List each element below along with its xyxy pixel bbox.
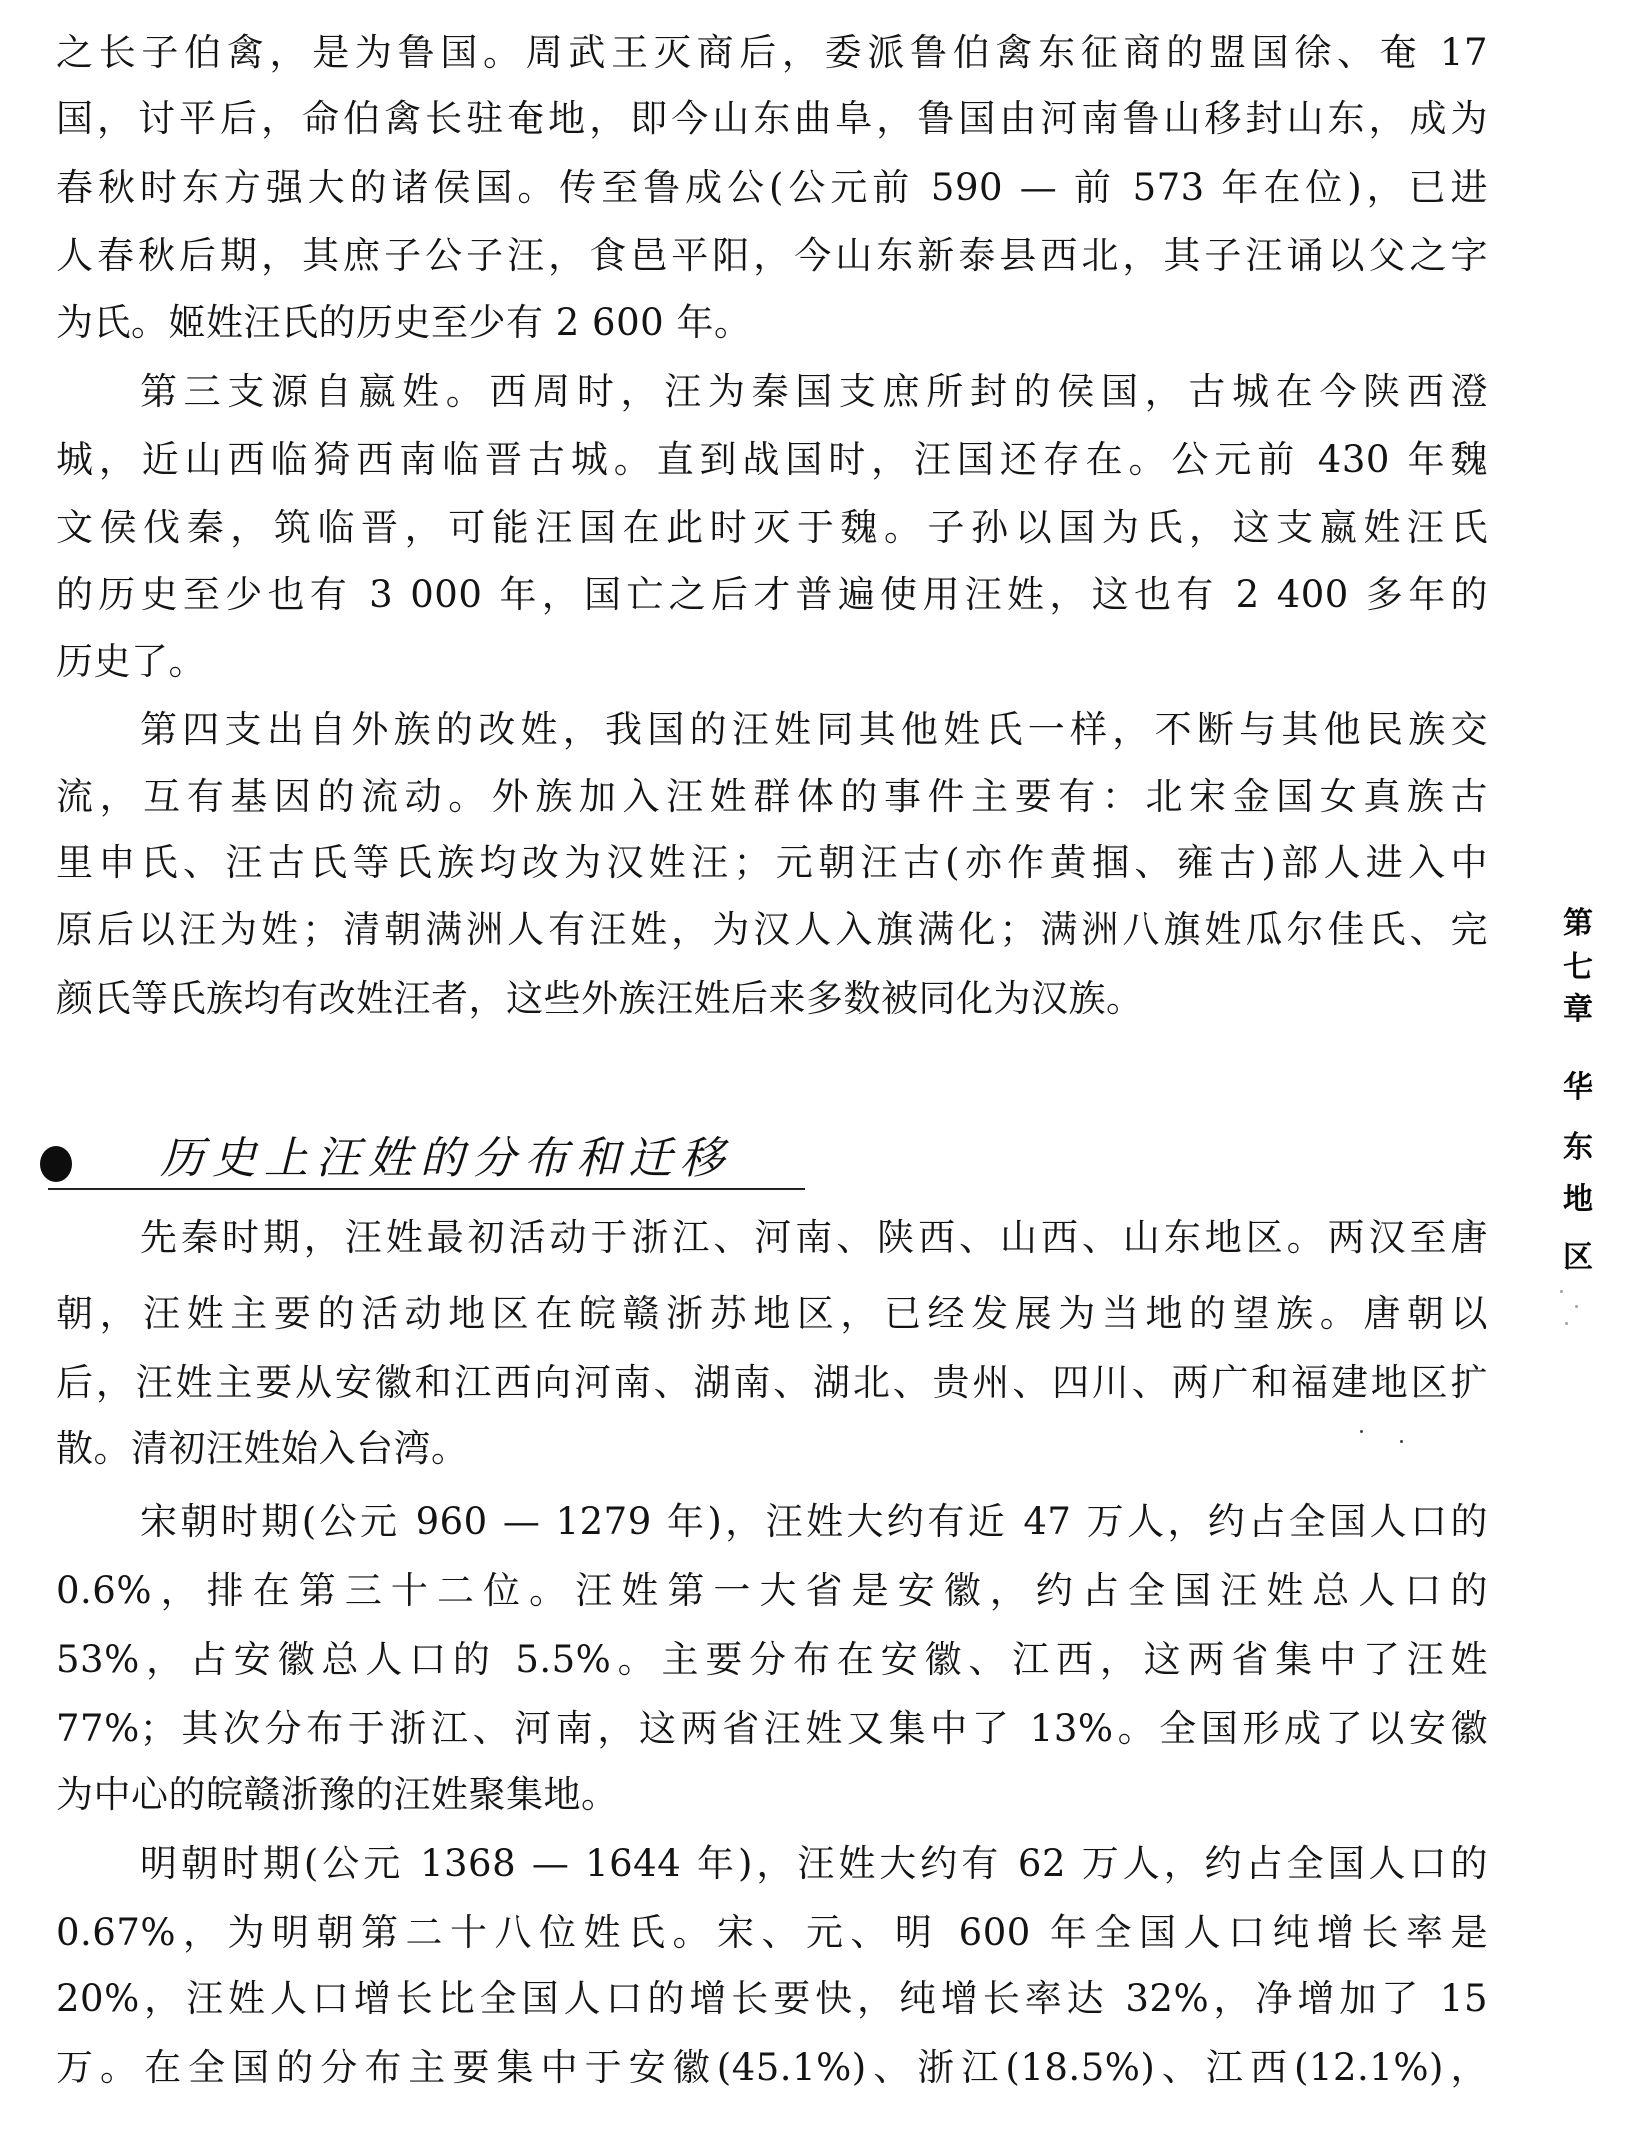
text-line: 后，汪姓主要从安徽和江西向河南、湖南、湖北、贵州、四川、两广和福建地区扩 (56, 1349, 1488, 1417)
text-line: 万。在全国的分布主要集中于安徽(45.1%)、浙江(18.5%)、江西(12.1… (56, 2034, 1488, 2102)
text-line: 文侯伐秦，筑临晋，可能汪国在此时灭于魏。子孙以国为氏，这支嬴姓汪氏 (56, 494, 1488, 562)
text-line: 先秦时期，汪姓最初活动于浙江、河南、陕西、山西、山东地区。两汉至唐 (140, 1204, 1488, 1272)
section-title: 历史上汪姓的分布和迁移 (160, 1130, 732, 1188)
filled-circle-bullet-icon (40, 1146, 72, 1182)
scan-speck (1360, 1430, 1363, 1433)
text-line: 原后以汪为姓；清朝满洲人有汪姓，为汉人入旗满化；满洲八旗姓瓜尔佳氏、完 (56, 896, 1488, 964)
text-line: 散。清初汪姓始入台湾。 (56, 1415, 1488, 1483)
tab-char: 章 (1556, 984, 1600, 1028)
scan-speck (1565, 1322, 1568, 1325)
section-heading: 历史上汪姓的分布和迁移 (40, 1130, 820, 1194)
text-line: 20%，汪姓人口增长比全国人口的增长要快，纯增长率达 32%，净增加了 15 (56, 1965, 1488, 2033)
text-line: 0.67%，为明朝第二十八位姓氏。宋、元、明 600 年全国人口纯增长率是 (56, 1899, 1488, 1967)
tab-char: 东 (1556, 1122, 1600, 1166)
scan-speck (1560, 1290, 1563, 1293)
text-line: 里申氏、汪古氏等氏族均改为汉姓汪；元朝汪古(亦作黄掴、雍古)部人进入中 (56, 829, 1488, 897)
text-line: 国，讨平后，命伯禽长驻奄地，即今山东曲阜，鲁国由河南鲁山移封山东，成为 (56, 85, 1488, 153)
tab-char: 地 (1556, 1174, 1600, 1218)
book-page: 之长子伯禽，是为鲁国。周武王灭商后，委派鲁伯禽东征商的盟国徐、奄 17 国，讨平… (0, 0, 1628, 2133)
text-line: 第四支出自外族的改姓，我国的汪姓同其他姓氏一样，不断与其他民族交 (140, 696, 1488, 764)
text-line: 53%，占安徽总人口的 5.5%。主要分布在安徽、江西，这两省集中了汪姓 (56, 1626, 1488, 1694)
heading-underline (48, 1188, 805, 1190)
text-line: 颜氏等氏族均有改姓汪者，这些外族汪姓后来多数被同化为汉族。 (56, 965, 1488, 1033)
text-line: 流，互有基因的流动。外族加入汪姓群体的事件主要有：北宋金国女真族古 (56, 763, 1488, 831)
tab-char: 第 (1556, 898, 1600, 942)
text-line: 为中心的皖赣浙豫的汪姓聚集地。 (56, 1761, 1488, 1829)
text-line: 春秋时东方强大的诸侯国。传至鲁成公(公元前 590 — 前 573 年在位)，已… (56, 154, 1488, 222)
text-line: 城，近山西临猗西南临晋古城。直到战国时，汪国还存在。公元前 430 年魏 (56, 426, 1488, 494)
tab-char: 华 (1556, 1062, 1600, 1106)
text-line: 的历史至少也有 3 000 年，国亡之后才普遍使用汪姓，这也有 2 400 多年… (56, 561, 1488, 629)
text-line: 0.6%，排在第三十二位。汪姓第一大省是安徽，约占全国汪姓总人口的 (56, 1557, 1488, 1625)
scan-speck (1400, 1440, 1403, 1443)
text-line: 历史了。 (56, 628, 1488, 696)
text-line: 77%；其次分布于浙江、河南，这两省汪姓又集中了 13%。全国形成了以安徽 (56, 1695, 1488, 1763)
text-line: 之长子伯禽，是为鲁国。周武王灭商后，委派鲁伯禽东征商的盟国徐、奄 17 (56, 19, 1488, 87)
tab-char: 七 (1556, 942, 1600, 986)
text-line: 明朝时期(公元 1368 — 1644 年)，汪姓大约有 62 万人，约占全国人… (140, 1830, 1488, 1898)
scan-speck (1575, 1305, 1578, 1308)
text-line: 宋朝时期(公元 960 — 1279 年)，汪姓大约有近 47 万人，约占全国人… (140, 1488, 1488, 1556)
text-line: 第三支源自嬴姓。西周时，汪为秦国支庶所封的侯国，古城在今陕西澄 (140, 358, 1488, 426)
text-line: 朝，汪姓主要的活动地区在皖赣浙苏地区，已经发展为当地的望族。唐朝以 (56, 1280, 1488, 1348)
tab-char: 区 (1556, 1232, 1600, 1276)
text-line: 人春秋后期，其庶子公子汪，食邑平阳，今山东新泰县西北，其子汪诵以父之字 (56, 222, 1488, 290)
text-line: 为氏。姬姓汪氏的历史至少有 2 600 年。 (56, 289, 1488, 357)
